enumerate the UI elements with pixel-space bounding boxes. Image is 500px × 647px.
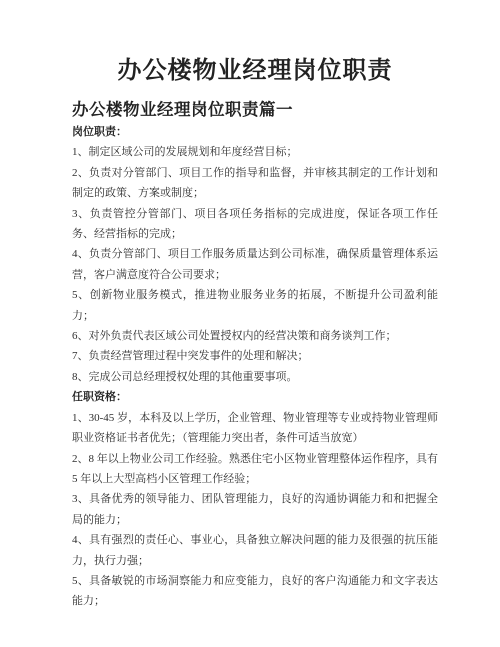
duty-item-7: 7、负责经营管理过程中突发事件的处理和解决； <box>72 346 438 366</box>
document-body: 岗位职责： 1、制定区域公司的发展规划和年度经营目标； 2、负责对分管部门、项目… <box>72 122 438 612</box>
duty-item-4: 4、负责分管部门、项目工作服务质量达到公司标准，确保质量管理体系运营，客户满意度… <box>72 244 438 285</box>
duty-item-2: 2、负责对分管部门、项目工作的指导和监督，并审核其制定的工作计划和制定的政策、方… <box>72 163 438 204</box>
duty-item-8: 8、完成公司总经理授权处理的其他重要事项。 <box>72 367 438 387</box>
duty-item-6: 6、对外负责代表区域公司处置授权内的经营决策和商务谈判工作； <box>72 326 438 346</box>
duty-item-5: 5、创新物业服务模式，推进物业服务业务的拓展，不断提升公司盈利能力； <box>72 285 438 326</box>
document-title: 办公楼物业经理岗位职责 <box>72 56 438 86</box>
qualification-item-5: 5、具备敏锐的市场洞察能力和应变能力，良好的客户沟通能力和文字表达能力； <box>72 571 438 612</box>
qualification-item-1: 1、30-45 岁，本科及以上学历，企业管理、物业管理等专业或持物业管理师职业资… <box>72 408 438 449</box>
qualification-item-2: 2、8 年以上物业公司工作经验。熟悉住宅小区物业管理整体运作程序，具有 5 年以… <box>72 449 438 490</box>
duties-section-heading: 岗位职责： <box>72 122 438 142</box>
qualification-item-3: 3、具备优秀的领导能力、团队管理能力，良好的沟通协调能力和和把握全局的能力； <box>72 489 438 530</box>
document-subtitle: 办公楼物业经理岗位职责篇一 <box>72 98 438 122</box>
duty-item-1: 1、制定区域公司的发展规划和年度经营目标； <box>72 142 438 162</box>
qualification-item-4: 4、具有强烈的责任心、事业心，具备独立解决问题的能力及很强的抗压能力，执行力强； <box>72 530 438 571</box>
qualifications-section-heading: 任职资格： <box>72 387 438 407</box>
document-page: 办公楼物业经理岗位职责 办公楼物业经理岗位职责篇一 岗位职责： 1、制定区域公司… <box>0 0 500 647</box>
duty-item-3: 3、负责管控分管部门、项目各项任务指标的完成进度，保证各项工作任务、经营指标的完… <box>72 204 438 245</box>
